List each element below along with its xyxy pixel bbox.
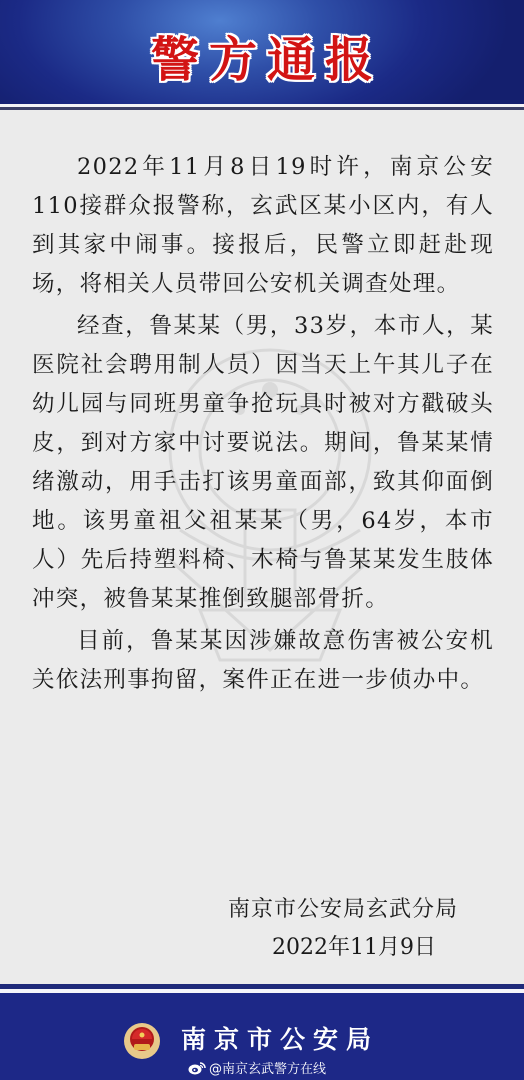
notice-body: 2022年11月8日19时许，南京公安110接群众报警称，玄武区某小区内，有人到… [32,148,494,703]
footer-title: 南京市公安局 [181,1020,379,1056]
paragraph-status: 目前，鲁某某因涉嫌故意伤害被公安机关依法刑事拘留，案件正在进一步侦办中。 [32,622,494,700]
weibo-handle[interactable]: @南京玄武警方在线 [209,1058,326,1077]
paragraph-incident: 2022年11月8日19时许，南京公安110接群众报警称，玄武区某小区内，有人到… [32,148,494,304]
signature-date: 2022年11月9日 [272,930,436,961]
weibo-attribution[interactable]: @南京玄武警方在线 [188,1058,326,1077]
weibo-icon [188,1061,206,1075]
police-emblem-icon [123,1022,161,1060]
notice-header: 警方通报 [0,0,524,104]
paragraph-investigation: 经查，鲁某某（男，33岁，本市人，某医院社会聘用制人员）因当天上午其儿子在幼儿园… [32,307,494,619]
notice-title: 警方通报 [141,21,383,90]
header-divider-dark [0,107,524,110]
signature-organization: 南京市公安局玄武分局 [228,892,458,923]
